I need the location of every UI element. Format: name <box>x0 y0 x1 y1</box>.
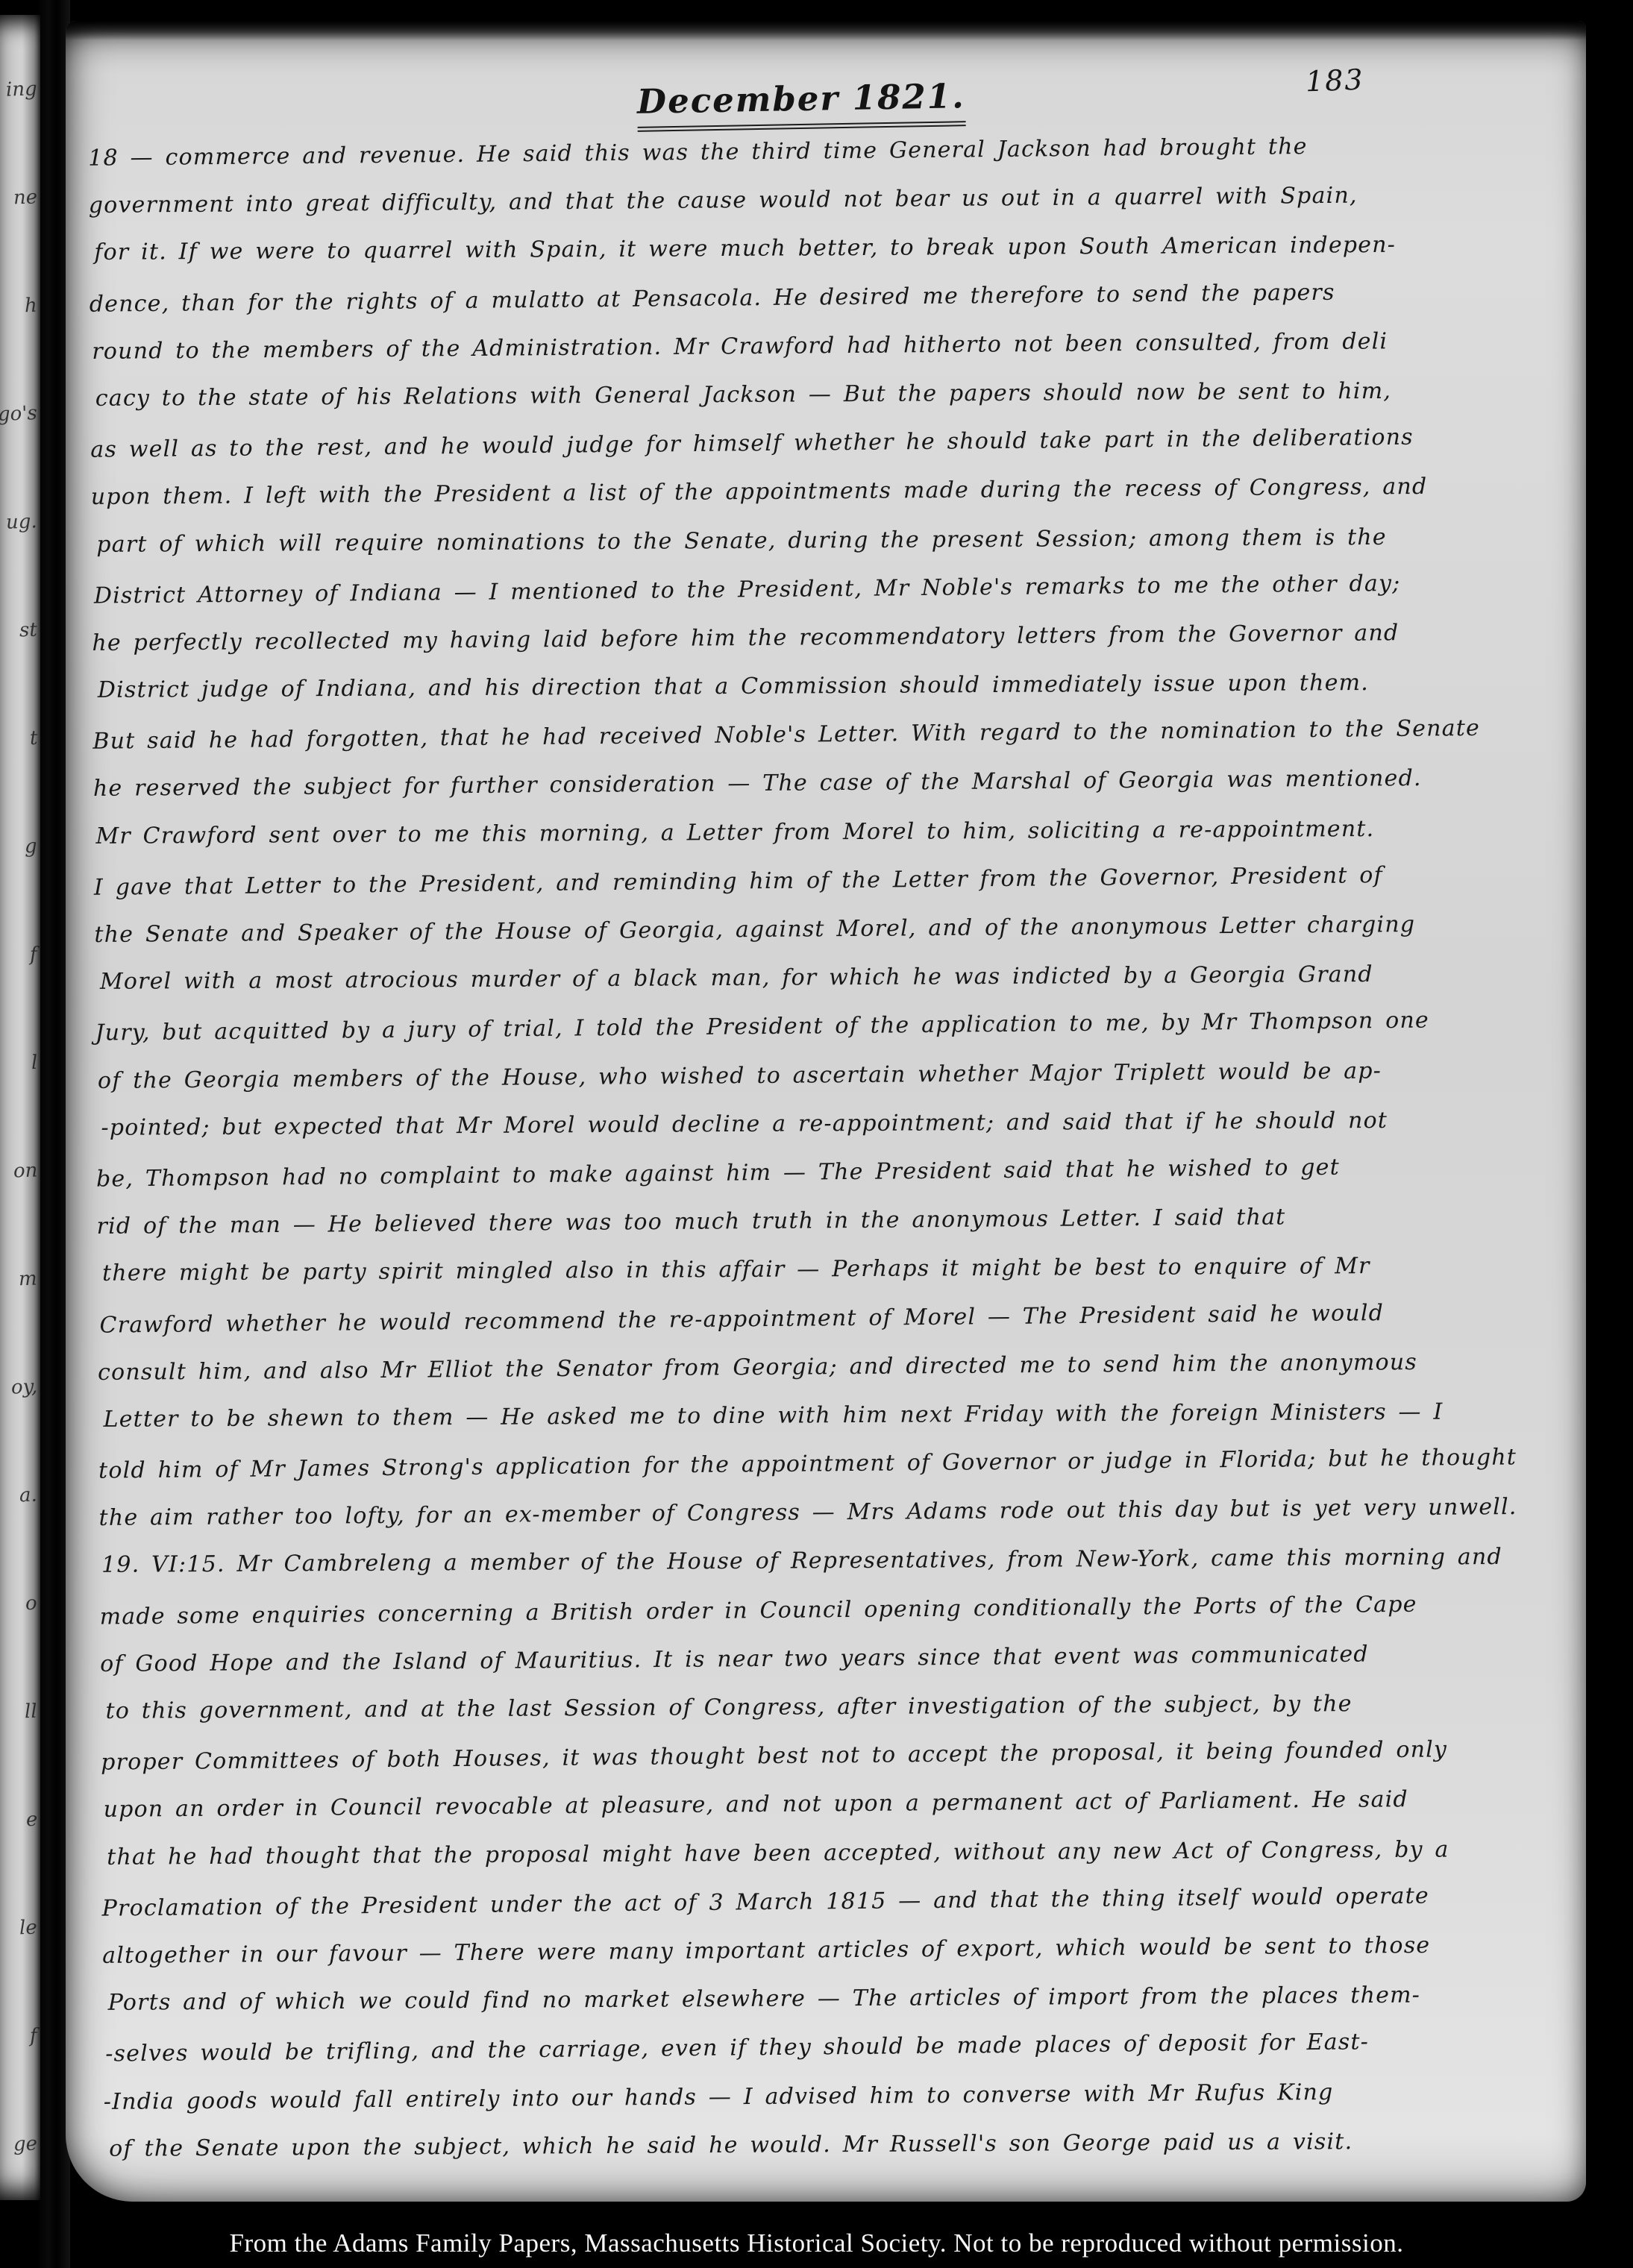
attribution-caption: From the Adams Family Papers, Massachuse… <box>0 2228 1633 2258</box>
facing-page-fragment: ll <box>25 1700 38 1724</box>
manuscript-page: December 1821. 183 18 — commerce and rev… <box>66 21 1586 2202</box>
facing-page-fragment: t <box>29 727 37 750</box>
facing-page-fragment: m <box>19 1268 38 1291</box>
entry-month-title-text: December 1821. <box>637 76 966 132</box>
facing-page-fragment: e <box>25 1809 37 1832</box>
facing-page-fragment: f <box>30 943 38 966</box>
facing-page-fragment: h <box>25 295 38 318</box>
facing-page-fragment: ne <box>13 186 37 209</box>
facing-page-fragment: o <box>25 1592 38 1615</box>
facing-page-fragment: ge <box>13 2132 37 2155</box>
page-number: 183 <box>1305 63 1364 98</box>
entry-month-title: December 1821. <box>637 76 966 122</box>
facing-page-fragment: f <box>30 2025 38 2047</box>
facing-page-fragment: ing <box>6 78 38 101</box>
facing-page-fragment: g <box>25 835 38 858</box>
facing-page-edge: ingnehgo'sug.sttgflonmoy,a.ollelefge <box>0 15 40 2200</box>
facing-page-fragment: ug. <box>6 510 38 533</box>
scanned-document-stage: ingnehgo'sug.sttgflonmoy,a.ollelefge Dec… <box>0 0 1633 2268</box>
facing-page-fragment: st <box>19 619 38 642</box>
manuscript-lines: 18 — commerce and revenue. He said this … <box>88 121 1577 2174</box>
facing-page-fragment: le <box>19 1917 38 1940</box>
facing-page-fragment: oy, <box>10 1375 37 1398</box>
facing-page-fragment: a. <box>19 1484 38 1507</box>
facing-page-fragment: go's <box>0 402 38 426</box>
facing-page-fragment: on <box>13 1159 37 1182</box>
manuscript-line: of the Senate upon the subject, which he… <box>104 2116 1577 2173</box>
